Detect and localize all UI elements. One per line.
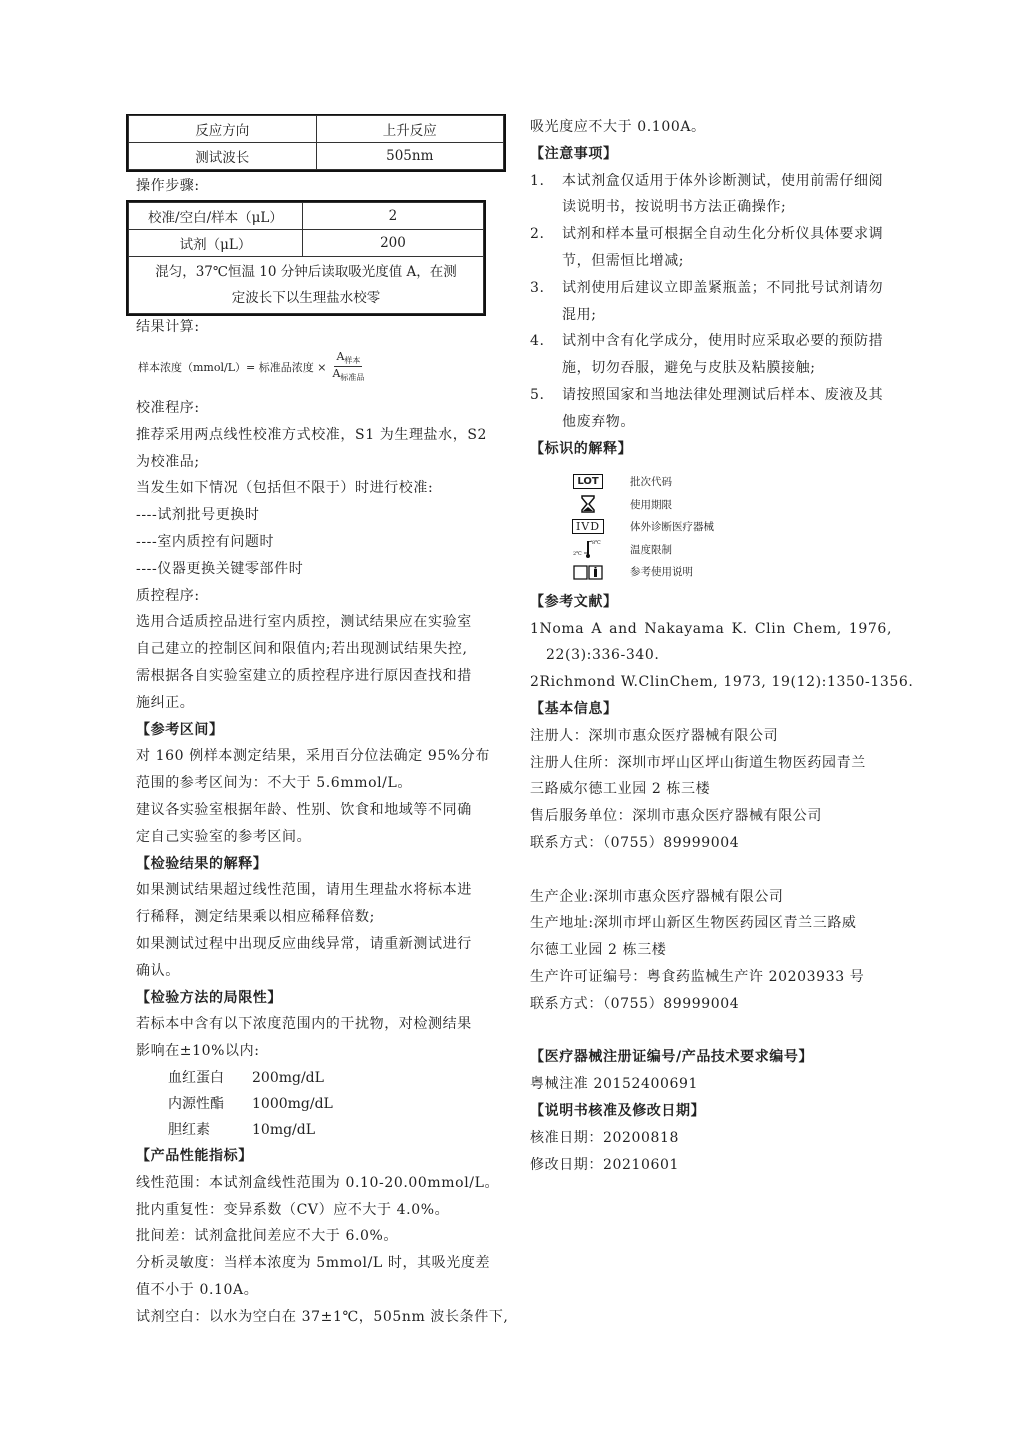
reference-interval-text: 建议各实验室根据年龄、性别、饮食和地域等不同确: [136, 797, 506, 824]
calibration-text: 当发生如下情况（包括但不限于）时进行校准:: [136, 475, 506, 502]
table-row: 测试波长 505nm: [129, 143, 504, 170]
hourglass-svg: [580, 495, 596, 513]
table-cell-label: 测试波长: [129, 143, 317, 170]
calibration-text: 推荐采用两点线性校准方式校准，S1 为生理盐水，S2: [136, 422, 506, 449]
basic-info-line: 售后服务单位：深圳市惠众医疗器械有限公司: [530, 803, 892, 830]
table-cell-label: 校准/空白/样本（μL）: [129, 203, 303, 230]
limitations-text: 影响在±10%以内:: [136, 1038, 506, 1065]
right-column-body: 吸光度应不大于 0.100A。 【注意事项】 1. 本试剂盒仅适用于体外诊断测试…: [530, 114, 892, 1178]
revision-date: 修改日期：20210601: [530, 1152, 892, 1179]
reference-entry: 1Noma A and Nakayama K. Clin Chem, 1976,: [530, 616, 892, 643]
interpretation-text: 行稀释，测定结果乘以相应稀释倍数;: [136, 904, 506, 931]
symbol-label: 批次代码: [630, 474, 672, 489]
item-text: 试剂使用后建议立即盖紧瓶盖；不同批号试剂请勿混用;: [562, 275, 892, 329]
hourglass-icon: [566, 495, 610, 513]
ivd-glyph: IVD: [572, 519, 604, 534]
symbol-row: 8℃ 2℃ 温度限制: [530, 538, 892, 561]
symbol-label: 参考使用说明: [630, 564, 693, 579]
performance-text: 批间差：试剂盒批间差应不大于 6.0%。: [136, 1223, 506, 1250]
qc-text: 施纠正。: [136, 690, 506, 717]
procedure-note-line1: 混匀，37℃恒温 10 分钟后读取吸光度值 A，在测: [135, 259, 477, 285]
symbol-label: 使用期限: [630, 497, 672, 512]
numerator-subscript: 样本: [344, 356, 360, 365]
svg-text:8℃: 8℃: [592, 540, 601, 546]
table-cell-value: 505nm: [316, 143, 504, 170]
section-heading-dates: 【说明书核准及修改日期】: [530, 1098, 892, 1125]
section-heading-interpretation: 【检验结果的解释】: [136, 851, 506, 878]
table-cell-value: 上升反应: [316, 116, 504, 143]
calibration-heading: 校准程序:: [136, 395, 506, 422]
procedure-note: 混匀，37℃恒温 10 分钟后读取吸光度值 A，在测 定波长下以生理盐水校零: [129, 257, 484, 314]
thermometer-svg: 8℃ 2℃: [571, 538, 605, 560]
reference-interval-text: 对 160 例样本测定结果，采用百分位法确定 95%分布: [136, 743, 506, 770]
qc-text: 选用合适质控品进行室内质控，测试结果应在实验室: [136, 609, 506, 636]
symbol-label: 温度限制: [630, 542, 672, 557]
calibration-text: 为校准品;: [136, 449, 506, 476]
calibration-condition: ----试剂批号更换时: [136, 502, 506, 529]
symbol-label: 体外诊断医疗器械: [630, 519, 714, 534]
item-number: 2.: [530, 221, 562, 275]
manufacturer-line: 生产地址:深圳市坪山新区生物医药园区青兰三路威: [530, 910, 892, 937]
precaution-item: 4. 试剂中含有化学成分，使用时应采取必要的预防措施，切勿吞服，避免与皮肤及粘膜…: [530, 328, 892, 382]
procedure-table: 校准/空白/样本（μL） 2 试剂（μL） 200 混匀，37℃恒温 10 分钟…: [126, 200, 486, 316]
procedure-heading: 操作步骤:: [136, 173, 200, 200]
manufacturer-line: 尔德工业园 2 栋三楼: [530, 937, 892, 964]
lot-glyph: LOT: [573, 474, 602, 489]
performance-text: 值不小于 0.10A。: [136, 1277, 506, 1304]
section-heading-reference-interval: 【参考区间】: [136, 717, 506, 744]
performance-text: 吸光度应不大于 0.100A。: [530, 114, 892, 141]
interpretation-text: 如果测试结果超过线性范围，请用生理盐水将标本进: [136, 877, 506, 904]
manufacturer-line: 生产企业:深圳市惠众医疗器械有限公司: [530, 884, 892, 911]
manufacturer-line: 生产许可证编号：粤食药监械生产许 20203933 号: [530, 964, 892, 991]
basic-info-line: 联系方式：（0755）89999004: [530, 830, 892, 857]
table-row: 混匀，37℃恒温 10 分钟后读取吸光度值 A，在测 定波长下以生理盐水校零: [129, 257, 484, 314]
item-text: 试剂中含有化学成分，使用时应采取必要的预防措施，切勿吞服，避免与皮肤及粘膜接触;: [562, 328, 892, 382]
thermometer-icon: 8℃ 2℃: [566, 538, 610, 560]
item-text: 请按照国家和当地法律处理测试后样本、废液及其他废弃物。: [562, 382, 892, 436]
interferent-name: 血红蛋白: [168, 1065, 252, 1091]
table-cell-label: 反应方向: [129, 116, 317, 143]
approval-date: 核准日期：20200818: [530, 1125, 892, 1152]
interferent-value: 10mg/dL: [252, 1117, 315, 1143]
reference-interval-text: 定自己实验室的参考区间。: [136, 824, 506, 851]
ivd-icon: IVD: [566, 519, 610, 534]
qc-text: 自己建立的控制区间和限值内;若出现测试结果失控,: [136, 636, 506, 663]
section-heading-registration: 【医疗器械注册证编号/产品技术要求编号】: [530, 1044, 892, 1071]
item-text: 试剂和样本量可根据全自动生化分析仪具体要求调节，但需恒比增减;: [562, 221, 892, 275]
item-number: 4.: [530, 328, 562, 382]
left-column-body: 校准程序: 推荐采用两点线性校准方式校准，S1 为生理盐水，S2 为校准品; 当…: [136, 395, 506, 1331]
item-number: 5.: [530, 382, 562, 436]
manual-icon: [566, 564, 610, 580]
item-number: 3.: [530, 275, 562, 329]
interferent-name: 胆红素: [168, 1117, 252, 1143]
symbol-row: IVD 体外诊断医疗器械: [530, 515, 892, 538]
interferent-name: 内源性酯: [168, 1091, 252, 1117]
performance-text: 试剂空白：以水为空白在 37±1℃，505nm 波长条件下,: [136, 1304, 506, 1331]
basic-info-line: 三路威尔德工业园 2 栋三楼: [530, 776, 892, 803]
performance-text: 线性范围：本试剂盒线性范围为 0.10-20.00mmol/L。: [136, 1170, 506, 1197]
reference-entry-cont: 22(3):336-340.: [530, 642, 892, 669]
table-row: 校准/空白/样本（μL） 2: [129, 203, 484, 230]
precaution-item: 1. 本试剂盒仅适用于体外诊断测试，使用前需仔细阅读说明书，按说明书方法正确操作…: [530, 168, 892, 222]
basic-info-line: 注册人住所：深圳市坪山区坪山街道生物医药园青兰: [530, 750, 892, 777]
table-cell-value: 2: [302, 203, 483, 230]
manual-svg: [573, 564, 603, 580]
precaution-item: 3. 试剂使用后建议立即盖紧瓶盖；不同批号试剂请勿混用;: [530, 275, 892, 329]
item-text: 本试剂盒仅适用于体外诊断测试，使用前需仔细阅读说明书，按说明书方法正确操作;: [562, 168, 892, 222]
limitations-text: 若标本中含有以下浓度范围内的干扰物，对检测结果: [136, 1011, 506, 1038]
precaution-item: 5. 请按照国家和当地法律处理测试后样本、废液及其他废弃物。: [530, 382, 892, 436]
section-heading-references: 【参考文献】: [530, 589, 892, 616]
calibration-condition: ----室内质控有问题时: [136, 529, 506, 556]
performance-text: 分析灵敏度：当样本浓度为 5mmol/L 时，其吸光度差: [136, 1250, 506, 1277]
formula-numerator: A样本: [334, 350, 362, 367]
qc-heading: 质控程序:: [136, 583, 506, 610]
symbol-row: LOT 批次代码: [530, 470, 892, 493]
section-heading-symbols: 【标识的解释】: [530, 436, 892, 463]
manufacturer-line: 联系方式：（0755）89999004: [530, 991, 892, 1018]
result-formula: 样本浓度（mmol/L）= 标准品浓度 × A样本 A标准品: [138, 350, 366, 383]
qc-text: 需根据各自实验室建立的质控程序进行原因查找和措: [136, 663, 506, 690]
interpretation-text: 如果测试过程中出现反应曲线异常，请重新测试进行: [136, 931, 506, 958]
symbol-row: 参考使用说明: [530, 560, 892, 583]
formula-denominator: A标准品: [330, 367, 366, 383]
calibration-condition: ----仪器更换关键零部件时: [136, 556, 506, 583]
lot-icon: LOT: [566, 474, 610, 489]
interferent-row: 胆红素 10mg/dL: [136, 1117, 506, 1143]
section-heading-limitations: 【检验方法的局限性】: [136, 985, 506, 1012]
basic-info-line: 注册人：深圳市惠众医疗器械有限公司: [530, 723, 892, 750]
reference-entry: 2Richmond W.ClinChem, 1973, 19(12):1350-…: [530, 669, 892, 696]
performance-text: 批内重复性：变异系数（CV）应不大于 4.0%。: [136, 1197, 506, 1224]
interferent-value: 200mg/dL: [252, 1065, 324, 1091]
calculation-heading: 结果计算:: [136, 314, 200, 341]
section-heading-performance: 【产品性能指标】: [136, 1143, 506, 1170]
table-row: 反应方向 上升反应: [129, 116, 504, 143]
registration-number: 粤械注准 20152400691: [530, 1071, 892, 1098]
parameters-table: 反应方向 上升反应 测试波长 505nm: [126, 114, 506, 172]
item-number: 1.: [530, 168, 562, 222]
interferent-row: 血红蛋白 200mg/dL: [136, 1065, 506, 1091]
formula-fraction: A样本 A标准品: [330, 350, 366, 383]
table-cell-value: 200: [302, 230, 483, 257]
svg-text:2℃: 2℃: [573, 551, 582, 557]
table-cell-label: 试剂（μL）: [129, 230, 303, 257]
procedure-note-line2: 定波长下以生理盐水校零: [135, 285, 477, 311]
formula-lhs: 样本浓度（mmol/L）= 标准品浓度 ×: [138, 359, 326, 375]
denominator-subscript: 标准品: [340, 373, 364, 382]
precaution-item: 2. 试剂和样本量可根据全自动生化分析仪具体要求调节，但需恒比增减;: [530, 221, 892, 275]
section-heading-precautions: 【注意事项】: [530, 141, 892, 168]
interferent-value: 1000mg/dL: [252, 1091, 333, 1117]
interferent-row: 内源性酯 1000mg/dL: [136, 1091, 506, 1117]
reference-interval-text: 范围的参考区间为：不大于 5.6mmol/L。: [136, 770, 506, 797]
interpretation-text: 确认。: [136, 958, 506, 985]
section-heading-basic-info: 【基本信息】: [530, 696, 892, 723]
symbol-row: 使用期限: [530, 493, 892, 516]
table-row: 试剂（μL） 200: [129, 230, 484, 257]
